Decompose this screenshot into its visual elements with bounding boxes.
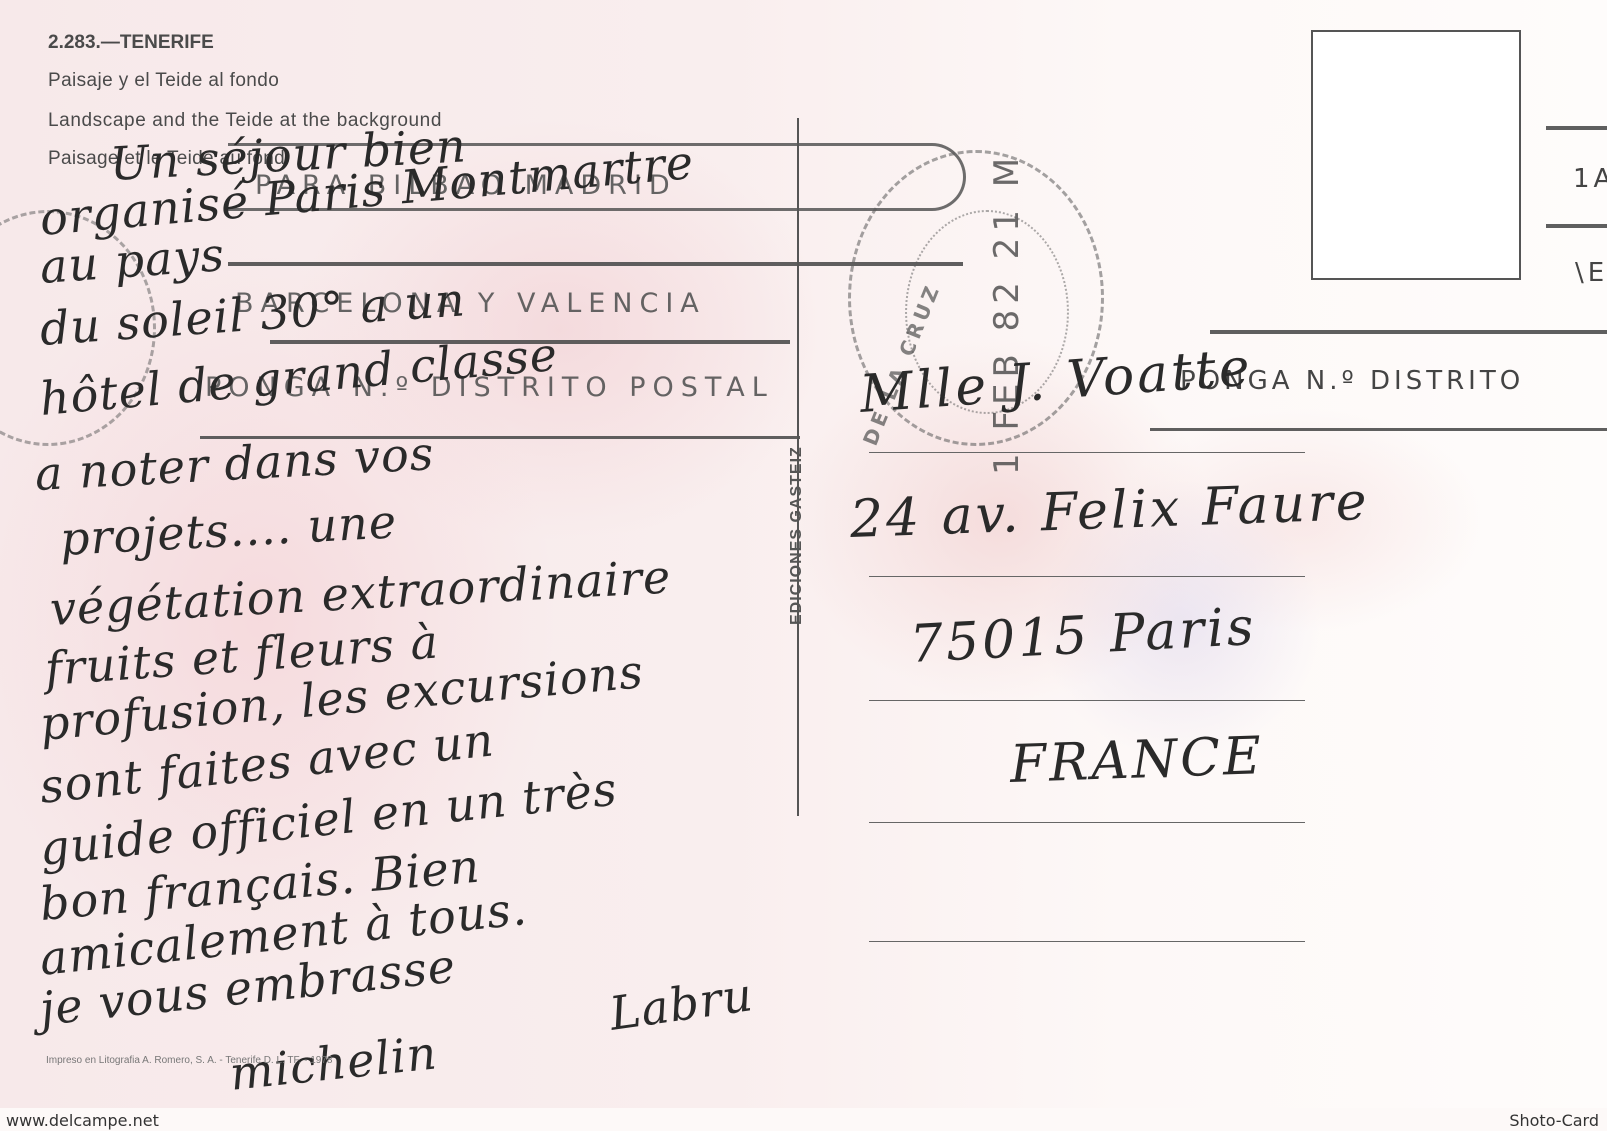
- cancel-fragment-2: \E: [1575, 258, 1607, 288]
- address-line: [869, 576, 1305, 577]
- address-line-text: FRANCE: [1009, 726, 1265, 795]
- postmark-date: 1 FEB 82 21 M: [987, 152, 1027, 475]
- address-line: [869, 700, 1305, 701]
- wavy-cancel-bar: [1546, 224, 1607, 228]
- address-line-text: 75015 Paris: [908, 597, 1257, 675]
- cancellation-bar: [1210, 330, 1607, 334]
- stamp-box: [1311, 30, 1521, 280]
- card-title: 2.283.—TENERIFE: [48, 32, 214, 54]
- cancellation-bar: [1150, 428, 1607, 431]
- address-line: [869, 822, 1305, 823]
- postcard-back: 2.283.—TENERIFE Paisaje y el Teide al fo…: [0, 0, 1607, 1108]
- address-line-text: 24 av. Felix Faure: [849, 472, 1371, 550]
- delcampe-watermark: www.delcampe.net: [6, 1111, 159, 1130]
- shoto-card-watermark: Shoto-Card: [1509, 1111, 1599, 1130]
- caption-spanish: Paisaje y el Teide al fondo: [48, 70, 279, 92]
- message-line: Labru: [606, 967, 756, 1041]
- cancel-fragment-1: 1A: [1573, 164, 1607, 194]
- wavy-cancel-bar: [1546, 126, 1607, 130]
- publisher-imprint: EDICIONES GASTEIZ: [788, 446, 806, 625]
- message-line: projets.... une: [59, 494, 399, 566]
- message-line: au pays: [38, 227, 226, 294]
- printer-imprint: Impreso en Litografia A. Romero, S. A. -…: [46, 1055, 332, 1066]
- address-line: [869, 452, 1305, 453]
- message-line: a noter dans vos: [34, 426, 436, 501]
- address-line: [869, 941, 1305, 942]
